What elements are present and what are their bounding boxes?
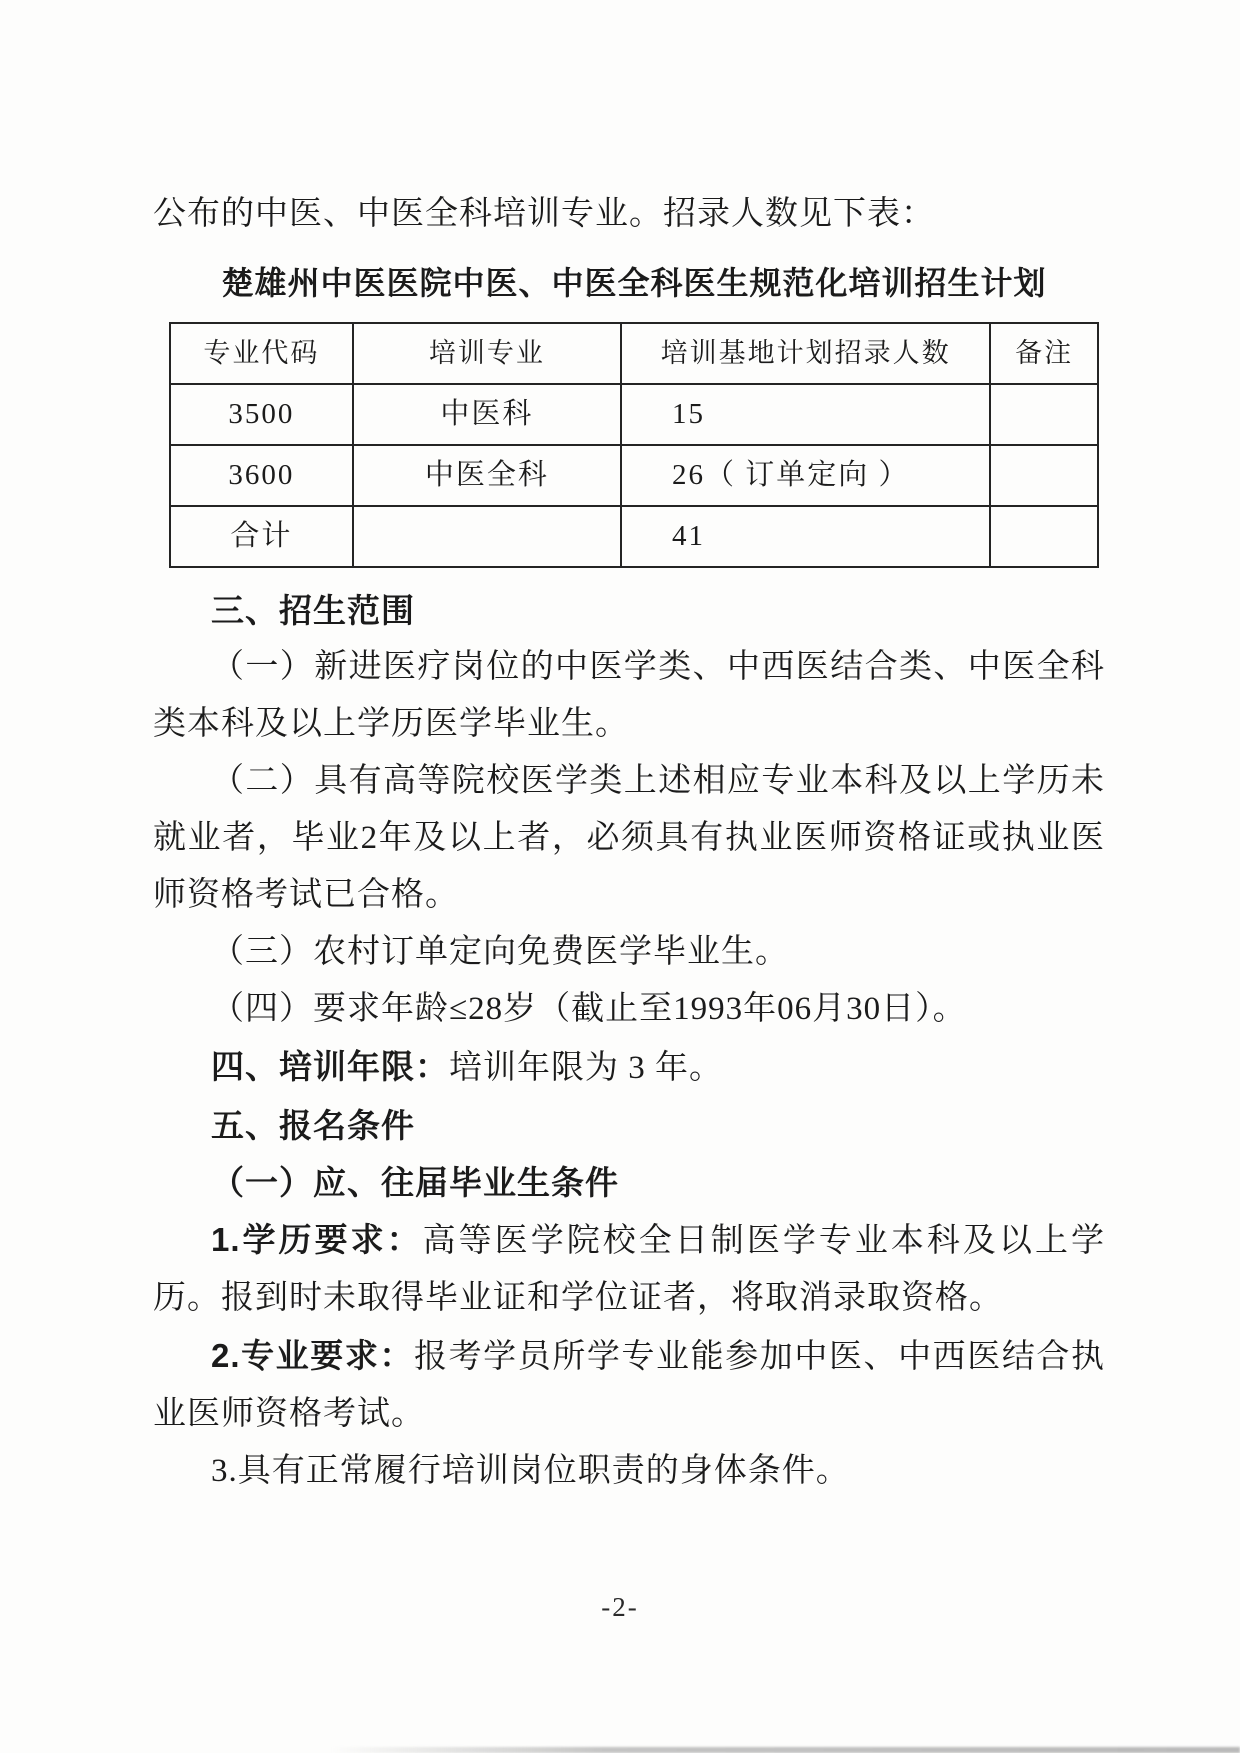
item-2-label: 2.专业要求： [211, 1337, 414, 1374]
cell-major: 中医科 [353, 384, 621, 445]
subsection-1-heading: （一）应、往届毕业生条件 [153, 1154, 1105, 1211]
cell-note [990, 384, 1098, 445]
recruitment-plan-table: 专业代码 培训专业 培训基地计划招录人数 备注 3500 中医科 15 3600… [169, 322, 1099, 568]
section-4-line: 四、培训年限：培训年限为 3 年。 [153, 1038, 1105, 1097]
cell-note [990, 445, 1098, 506]
cell-code: 3500 [170, 384, 353, 445]
table-row: 3600 中医全科 26（ 订单定向 ） [170, 445, 1098, 506]
table-row-total: 合计 41 [170, 506, 1098, 567]
cell-count: 15 [621, 384, 990, 445]
scan-edge-artifact [330, 1747, 1240, 1753]
condition-item-1: 1.学历要求：高等医学院校全日制医学专业本科及以上学历。报到时未取得毕业证和学位… [153, 1211, 1105, 1327]
cell-note [990, 506, 1098, 567]
header-training-major: 培训专业 [353, 323, 621, 384]
header-major-code: 专业代码 [170, 323, 353, 384]
table-row: 3500 中医科 15 [170, 384, 1098, 445]
table-title: 楚雄州中医医院中医、中医全科医生规范化培训招生计划 [169, 255, 1099, 312]
intro-paragraph: 公布的中医、中医全科培训专业。招录人数见下表： [153, 186, 1105, 243]
condition-item-3: 3.具有正常履行培训岗位职责的身体条件。 [153, 1443, 1105, 1500]
condition-item-2: 2.专业要求：报考学员所学专业能参加中医、中西医结合执业医师资格考试。 [153, 1327, 1105, 1443]
table-header-row: 专业代码 培训专业 培训基地计划招录人数 备注 [170, 323, 1098, 384]
cell-code: 3600 [170, 445, 353, 506]
cell-total-label: 合计 [170, 506, 353, 567]
cell-total-count: 41 [621, 506, 990, 567]
page-number: -2- [0, 1592, 1240, 1623]
section-5-heading: 五、报名条件 [153, 1097, 1105, 1154]
header-remarks: 备注 [990, 323, 1098, 384]
paragraph-scope-3: （三）农村订单定向免费医学毕业生。 [153, 924, 1105, 981]
header-planned-enrollment: 培训基地计划招录人数 [621, 323, 990, 384]
document-content: 公布的中医、中医全科培训专业。招录人数见下表： 楚雄州中医医院中医、中医全科医生… [153, 0, 1105, 1500]
cell-count: 26（ 订单定向 ） [621, 445, 990, 506]
section-4-heading: 四、培训年限： [211, 1048, 449, 1085]
item-1-label: 1.学历要求： [211, 1221, 423, 1258]
cell-major [353, 506, 621, 567]
cell-major: 中医全科 [353, 445, 621, 506]
document-page: 公布的中医、中医全科培训专业。招录人数见下表： 楚雄州中医医院中医、中医全科医生… [0, 0, 1240, 1753]
paragraph-scope-4: （四）要求年龄≤28岁（截止至1993年06月30日）。 [153, 981, 1105, 1038]
paragraph-scope-2: （二）具有高等院校医学类上述相应专业本科及以上学历未就业者，毕业2年及以上者，必… [153, 753, 1105, 924]
paragraph-scope-1: （一）新进医疗岗位的中医学类、中西医结合类、中医全科类本科及以上学历医学毕业生。 [153, 639, 1105, 753]
section-3-heading: 三、招生范围 [153, 582, 1105, 639]
section-4-text: 培训年限为 3 年。 [449, 1050, 723, 1086]
